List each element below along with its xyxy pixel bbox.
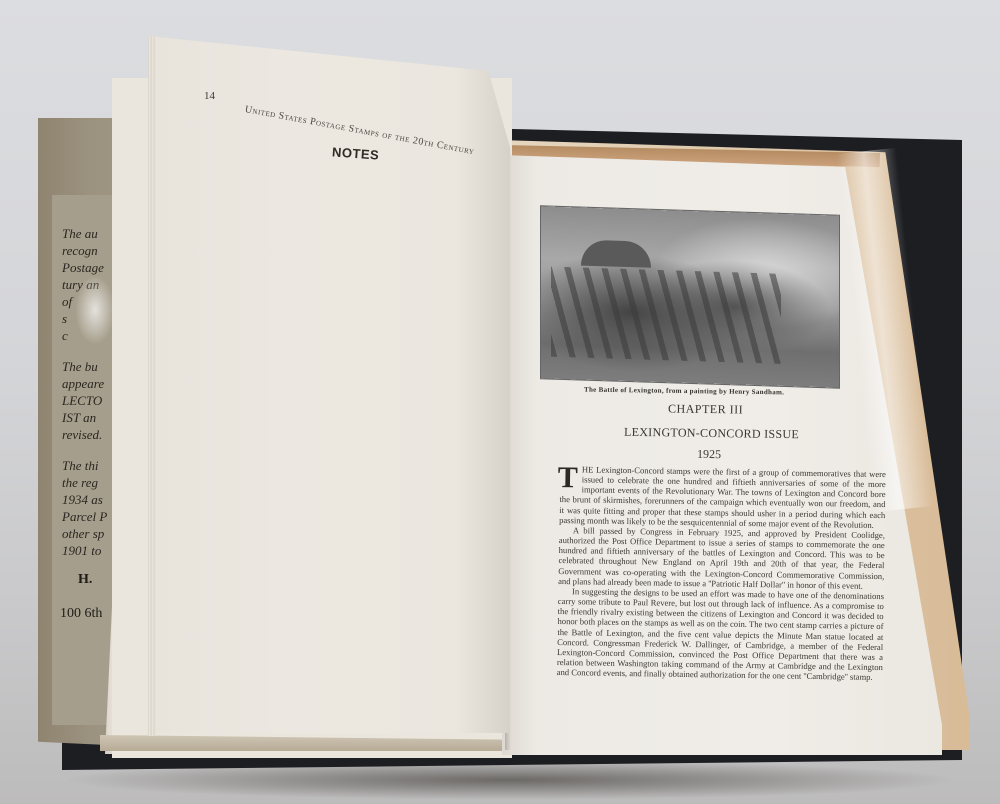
page-number: 14 xyxy=(204,90,215,102)
drop-cap: T xyxy=(558,466,578,490)
battle-of-lexington-illustration xyxy=(541,206,839,387)
left-page[interactable] xyxy=(148,36,510,733)
chapter-title: LEXINGTON-CONCORD ISSUE xyxy=(624,425,799,442)
flap-line: The thi xyxy=(62,458,98,473)
body-paragraph-1: THE Lexington-Concord stamps were the fi… xyxy=(559,464,886,530)
chapter-heading: CHAPTER III xyxy=(668,401,743,417)
flap-line: IST an xyxy=(62,410,96,425)
flap-line: other sp xyxy=(62,526,104,541)
body-paragraph-2: A bill passed by Congress in February 19… xyxy=(558,525,885,591)
flap-line: 1934 as xyxy=(62,492,103,507)
flap-line: revised. xyxy=(62,427,102,442)
flap-line: the reg xyxy=(62,475,98,490)
flap-line: c xyxy=(62,328,68,343)
photo-scene: The au recogn Postage tury an of s c The… xyxy=(0,0,1000,804)
flap-line: of xyxy=(62,294,72,309)
illustration-house xyxy=(581,240,651,268)
body-paragraph-3: In suggesting the designs to be used an … xyxy=(557,586,884,683)
flap-line: Postage xyxy=(62,260,104,275)
notes-heading: NOTES xyxy=(332,144,380,162)
flap-line: appeare xyxy=(62,376,104,391)
flap-line: LECTO xyxy=(62,393,102,408)
flap-line: s xyxy=(62,311,67,326)
chapter-body-text: THE Lexington-Concord stamps were the fi… xyxy=(557,464,886,682)
left-page-edges xyxy=(148,36,156,736)
plastic-glare-left xyxy=(75,275,115,345)
chapter-year: 1925 xyxy=(697,447,721,462)
flap-line: The bu xyxy=(62,359,98,374)
paragraph-text: HE Lexington-Concord stamps were the fir… xyxy=(559,464,886,529)
flap-line: Parcel P xyxy=(62,509,107,524)
flap-line: The au xyxy=(62,226,98,241)
illustration-figures xyxy=(551,267,781,364)
flap-line: 1901 to xyxy=(62,543,101,558)
flap-line: recogn xyxy=(62,243,98,258)
